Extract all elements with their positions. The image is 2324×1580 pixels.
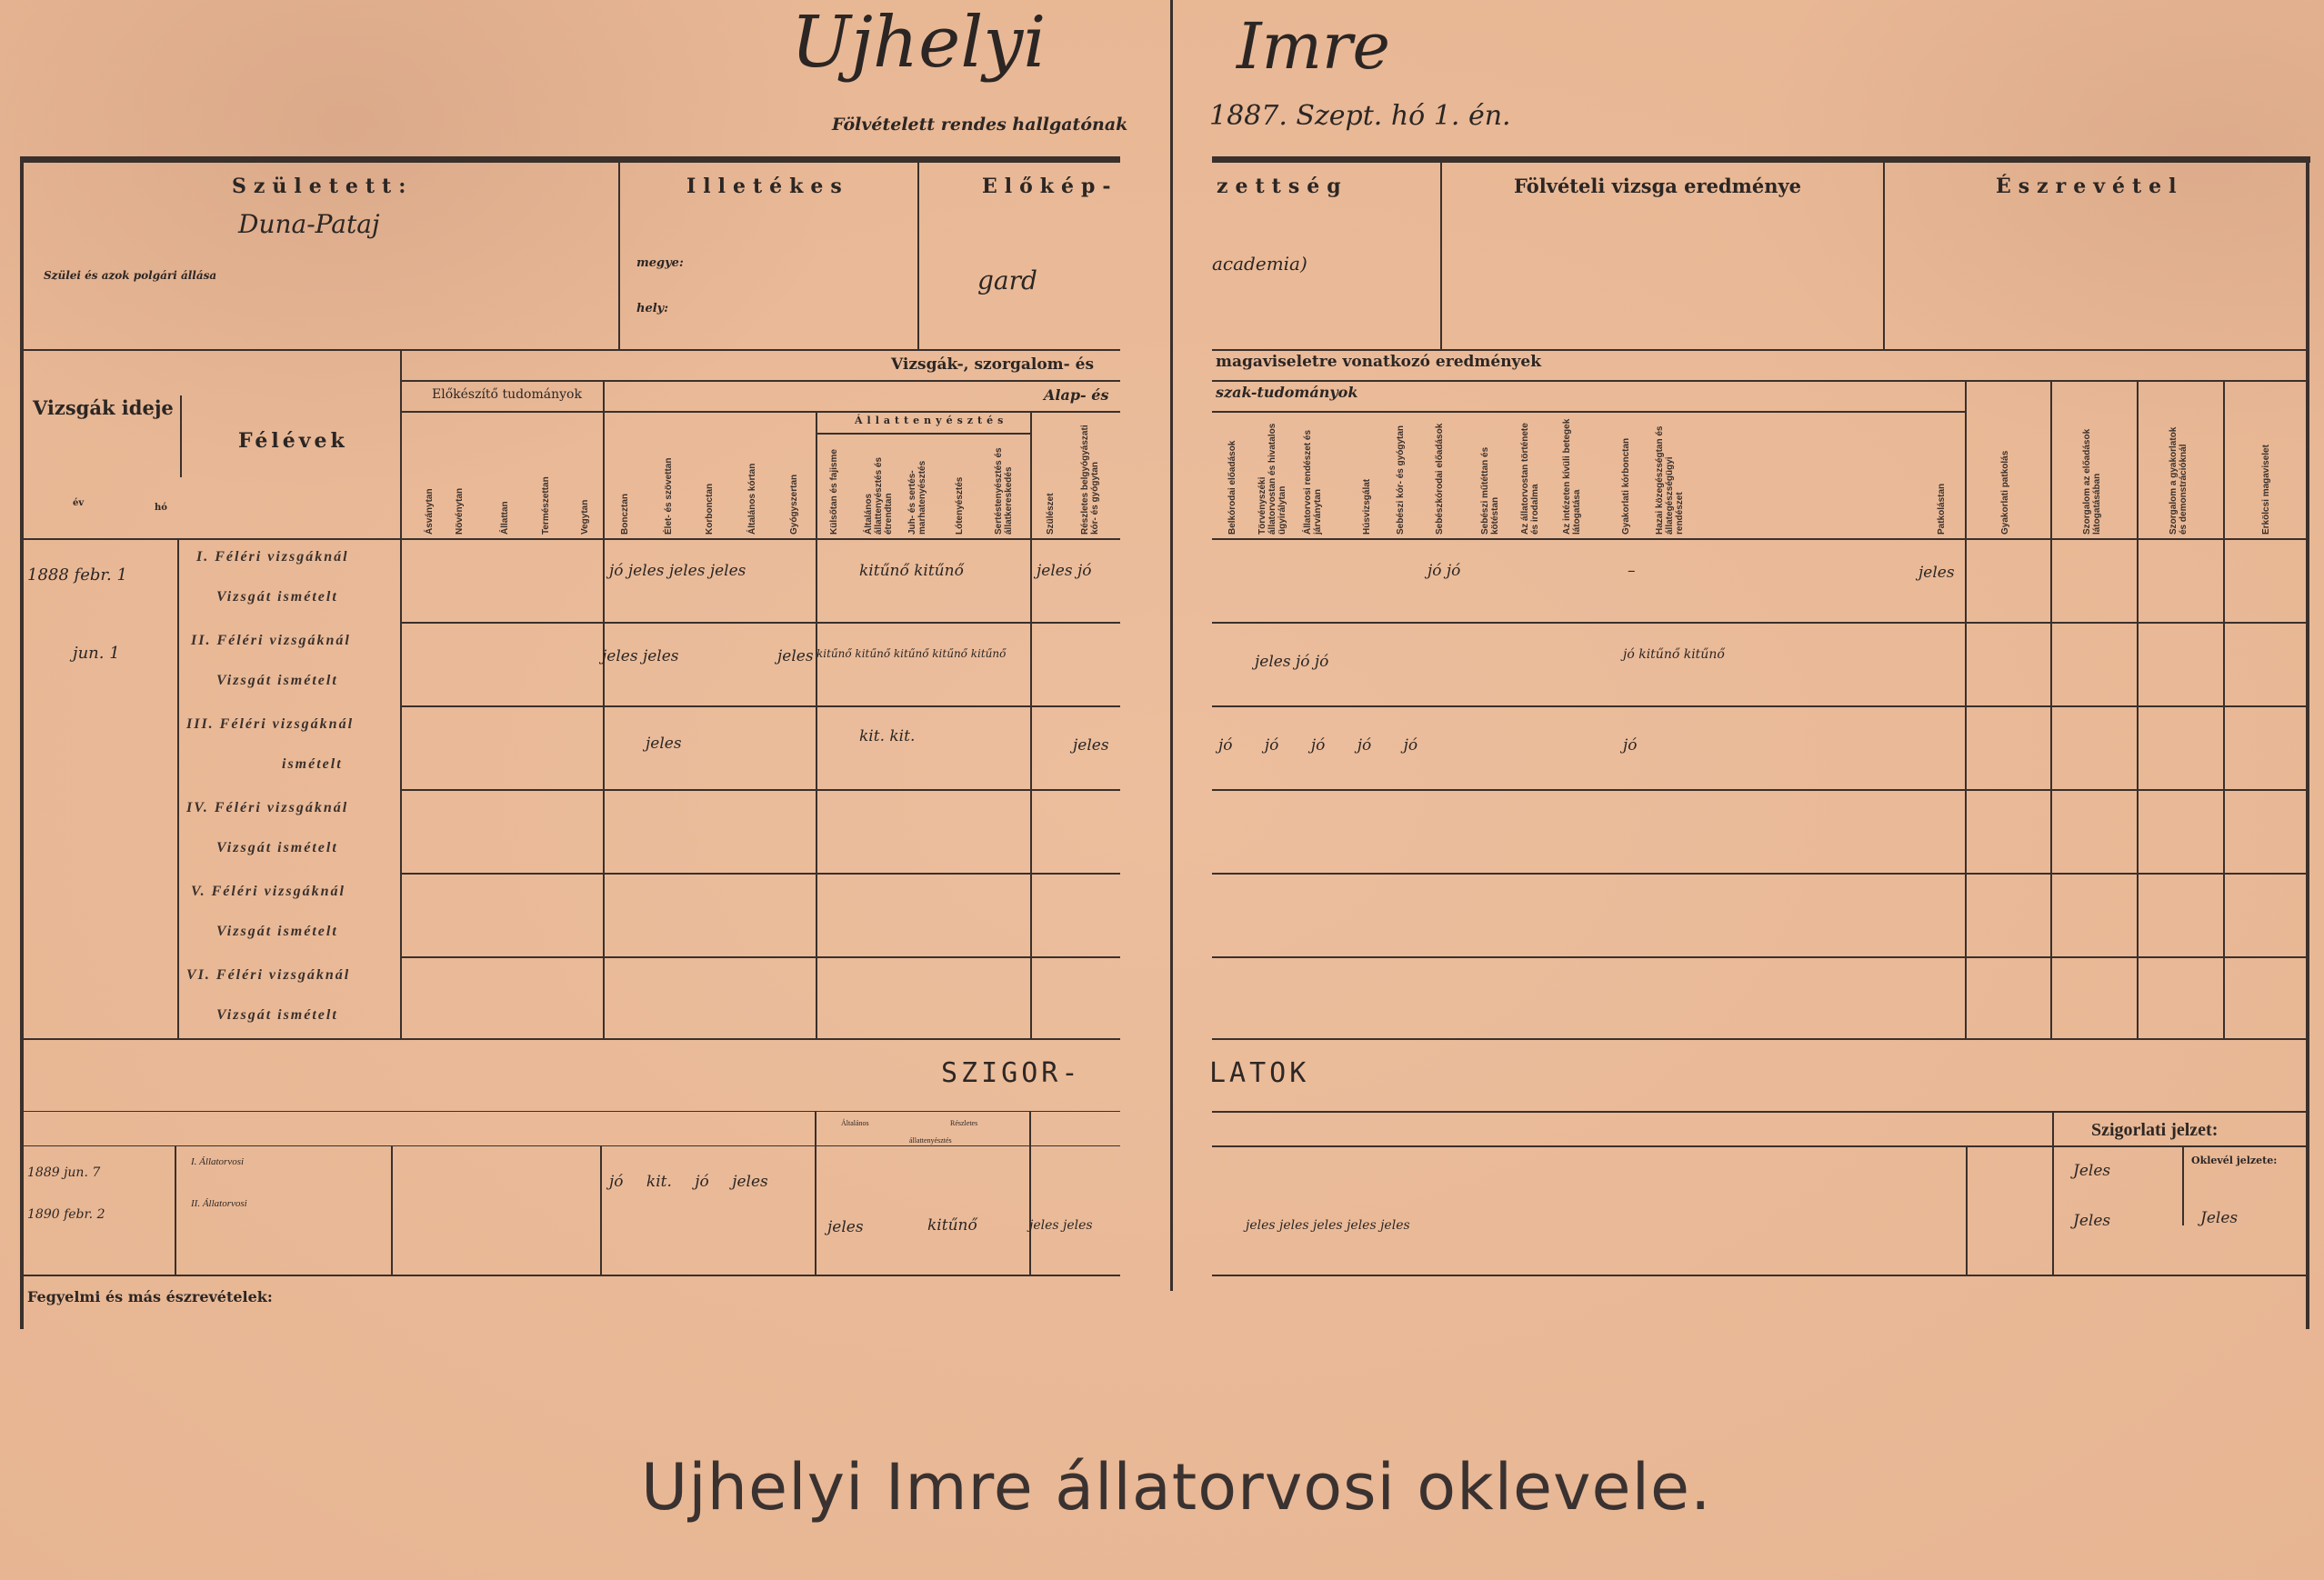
grade-cell: kitűnő kitűnő: [859, 562, 964, 580]
col-header-prep: Vegytan: [580, 455, 590, 535]
semester-label: VI. Féléri vizsgáknál: [186, 967, 350, 984]
given-name-handwritten: Imre: [1237, 9, 1390, 84]
semester-label: I. Féléri vizsgáknál: [196, 549, 349, 565]
col-header-core-right: Patkolástan: [1937, 455, 1947, 535]
repeat-label: ismételt: [282, 756, 343, 773]
rig-col: [1966, 1145, 1968, 1275]
page-divider: [1170, 0, 1173, 1291]
col-header-prep: Növénytan: [455, 455, 465, 535]
col-header-extra: Erkölcsi magaviselet: [2261, 427, 2271, 535]
row-rule: [1212, 622, 2308, 624]
row-date: 1888 febr. 1: [27, 565, 127, 585]
col-header-core: Boncztan: [620, 427, 630, 535]
grade-cell: jeles: [777, 647, 814, 665]
rig-grade: jó kit. jó jeles: [609, 1173, 768, 1191]
rig-date: 1890 febr. 2: [27, 1207, 105, 1222]
col-header-core-right: Az állatorvostan története és irodalma: [1520, 414, 1542, 535]
row-rule: [400, 789, 1120, 791]
col-header-extra: Szorgalom az előadások látogatásában: [2082, 418, 2104, 535]
semester-label: V. Féléri vizsgáknál: [191, 884, 346, 900]
grade-cell: jeles: [1073, 736, 1109, 755]
repeat-label: Vizsgát ismételt: [216, 1007, 338, 1024]
divider-prior-ed: [1440, 156, 1442, 350]
row-rule: [1212, 873, 2308, 875]
col-header-prep: Természettan: [541, 455, 551, 535]
prep-group-label: Előkészítő tudományok: [432, 387, 582, 402]
rule-453-r: [1212, 411, 1965, 413]
banner-right: magaviseletre vonatkozó eredmények: [1216, 353, 1541, 371]
rigorosum-mark-label: Szigorlati jelzet:: [2091, 1120, 2218, 1141]
col-header-core-right: Törvényszéki állatorvostan és hivatalos …: [1257, 418, 1288, 535]
rig-grade: jeles jeles: [1029, 1218, 1093, 1233]
grade-cell: kitűnő kitűnő kitűnő kitűnő kitűnő: [816, 647, 1006, 660]
row-rule: [1212, 705, 2308, 707]
rigorosa-title-left: SZIGOR-: [941, 1057, 1081, 1089]
col-vizsga-sub: [180, 395, 182, 477]
rig-col: [815, 1111, 816, 1275]
grade-cell: jeles jó jó: [1255, 653, 1328, 671]
prior-ed-value-right: academia): [1212, 253, 1307, 275]
prior-ed-label-left: Előkép-: [982, 175, 1118, 198]
rig-mark: Jeles: [2073, 1212, 2110, 1230]
rig-grade: jeles: [827, 1218, 864, 1236]
grade-cell: kit. kit.: [859, 727, 915, 745]
divider-born: [618, 156, 620, 350]
rig-col: [1029, 1111, 1031, 1275]
grade-cell: jeles: [1918, 564, 1955, 582]
exam-time-year: év: [73, 498, 84, 508]
enrollment-date: 1887. Szept. hó 1. én.: [1209, 100, 1511, 132]
repeat-label: Vizsgát ismételt: [216, 840, 338, 856]
row-rule: [400, 956, 1120, 958]
row-rule: [1212, 1038, 2308, 1040]
col-header-breeding: Lótenyésztés: [955, 441, 965, 535]
col-header-core-right: Belkórodai előadások: [1227, 418, 1237, 535]
rig-rule-2r: [1212, 1145, 2308, 1147]
col-header-core-right: Az intézeten kívüli betegek látogatása: [1562, 414, 1584, 535]
surname-handwritten: Ujhelyi: [791, 2, 1046, 84]
semesters-label: Félévek: [238, 429, 348, 453]
rule-420: [400, 380, 1120, 382]
col-felevek: [177, 538, 179, 1038]
col-header-core-right: Sebészi műtéttan és kötéstan: [1480, 414, 1502, 535]
rig-col: [175, 1145, 176, 1275]
col-header-core-mid: Részletes belgyógyászati kór- és gyógyta…: [1080, 416, 1102, 535]
grade-cell: jó jó jó jó jó: [1218, 736, 1417, 755]
col-header-core: Élet- és szövettan: [664, 427, 674, 535]
col-header-core: Korbonctan: [705, 427, 715, 535]
rig-col: [600, 1145, 602, 1275]
exam-time-label: Vizsgák ideje: [33, 396, 174, 419]
col-header-core-right: Húsvizsgálat: [1362, 418, 1372, 535]
rig-col: [2052, 1111, 2054, 1275]
rig-grade: kitűnő: [927, 1216, 977, 1235]
top-rule-right: [1212, 156, 2310, 163]
grade-cell: jó kitűnő kitűnő: [1623, 647, 1725, 662]
prior-ed-value-left: gard: [977, 265, 1037, 295]
col-core-a-end: [816, 411, 817, 1038]
col-header-core-right: Sebészi kór- és gyógytan: [1396, 418, 1417, 535]
grade-cell: jeles jeles: [602, 647, 679, 665]
discipline-label: Fegyelmi és más észrevételek:: [27, 1288, 273, 1305]
repeat-label: Vizsgát ismételt: [216, 673, 338, 689]
col-ex3: [2223, 380, 2225, 1038]
row-rule: [400, 873, 1120, 875]
grade-cell: jó: [1623, 736, 1638, 755]
col-header-prep: Ásványtan: [425, 455, 435, 535]
row-rule: [1212, 789, 2308, 791]
divider-jurisdiction: [917, 156, 919, 350]
col-header-prep: Állattan: [500, 455, 510, 535]
col-prep-end: [603, 380, 605, 1038]
rig-subheader: Általános: [841, 1119, 869, 1127]
row-date: jun. 1: [73, 644, 120, 663]
grade-cell: jó jeles jeles jeles: [609, 562, 746, 580]
rigorosa-title-right: LATOK: [1209, 1057, 1309, 1089]
col-header-breeding: Külsőtan és fajisme: [829, 441, 851, 535]
rig-subheader: állattenyésztés: [909, 1136, 952, 1145]
semester-label: III. Féléri vizsgáknál: [186, 716, 354, 733]
core-group-right: szak-tudományok: [1216, 384, 1357, 401]
grade-cell: jó jó: [1427, 562, 1460, 580]
bottom-caption: Ujhelyi Imre állatorvosi oklevele.: [641, 1450, 1711, 1525]
semester-label: II. Féléri vizsgáknál: [191, 633, 351, 649]
banner-left: Vizsgák-, szorgalom- és: [891, 355, 1094, 374]
col-ex2: [2137, 380, 2139, 1038]
col-header-core: Gyógyszertan: [789, 427, 799, 535]
core-group-left: Alap- és: [1044, 386, 1108, 404]
col-header-core-right: Sebészkórodai előadások: [1435, 418, 1457, 535]
col-header-extra: Gyakorlati patkolás: [2000, 427, 2010, 535]
grade-cell: jeles: [646, 735, 682, 753]
place-label: hely:: [636, 302, 668, 315]
born-value: Duna-Pataj: [238, 209, 380, 239]
row-rule: [1212, 956, 2308, 958]
rig-rule-1r: [1212, 1111, 2308, 1113]
diploma-mark-label: Oklevél jelzete:: [2191, 1155, 2277, 1166]
rig-rule-1: [22, 1111, 1120, 1112]
repeat-label: Vizsgát ismételt: [216, 924, 338, 940]
repeat-label: Vizsgát ismételt: [216, 589, 338, 605]
col-header-breeding: Sertéstenyésztés és állatkereskedés: [994, 441, 1016, 535]
diploma-mark: Jeles: [2200, 1209, 2238, 1227]
semester-label: IV. Féléri vizsgáknál: [186, 800, 348, 816]
exam-time-month: hó: [155, 503, 167, 513]
col-header-breeding: Juh- és sertés-marhatenyésztés: [907, 441, 929, 535]
row-rule: [22, 1038, 1120, 1040]
col-header-extra: Szorgalom a gyakorlatok és demonstrációk…: [2169, 418, 2190, 535]
col-felevek-end: [400, 349, 402, 1038]
rig-col: [2182, 1145, 2184, 1225]
rig-label: II. Állatorvosi: [191, 1198, 247, 1209]
col-header-core-right: Állatorvosi rendészet és járványtan: [1303, 418, 1325, 535]
col-header-core-right: Gyakorlati kórbonctan: [1621, 414, 1631, 535]
grade-cell: –: [1628, 562, 1636, 580]
left-border: [20, 156, 24, 1329]
rig-rule-3: [22, 1275, 1120, 1276]
breeding-group-rule: [816, 433, 1030, 435]
rule-453: [400, 411, 1120, 413]
col-header-breeding: Általános állattenyésztés és étrendtan: [864, 441, 895, 535]
rig-label: I. Állatorvosi: [191, 1156, 244, 1167]
divider-entrance: [1883, 156, 1885, 350]
rule-385: [22, 349, 1120, 351]
col-breeding-end: [1030, 411, 1032, 1038]
rig-date: 1889 jun. 7: [27, 1165, 100, 1180]
rig-rule-2: [22, 1145, 1120, 1146]
rule-420-r: [1212, 380, 2308, 382]
remarks-label: Észrevétel: [1996, 175, 2184, 198]
prior-ed-label-right: zettség: [1217, 175, 1348, 198]
parents-label: Szülei és azok polgári állása: [44, 269, 216, 282]
rig-subheader: Részletes: [950, 1119, 977, 1127]
entrance-exam-label: Fölvételi vizsga eredménye: [1514, 175, 1801, 197]
row-rule: [400, 622, 1120, 624]
rule-385-r: [1212, 349, 2308, 351]
top-rule-left: [22, 156, 1120, 163]
col-header-core-right: Hazai közegészségtan és állategészségügy…: [1655, 414, 1686, 535]
rig-grade: jeles jeles jeles jeles jeles: [1246, 1218, 1410, 1233]
rig-mark: Jeles: [2073, 1162, 2110, 1180]
county-label: megye:: [636, 256, 684, 270]
born-label: Született:: [232, 175, 413, 198]
col-szak-end: [1965, 380, 1967, 1038]
row-rule: [400, 705, 1120, 707]
grade-cell: jeles jó: [1037, 562, 1091, 580]
col-header-core-mid: Szülészet: [1046, 427, 1056, 535]
rule-592: [22, 538, 1120, 540]
form-title: Fölvételett rendes hallgatónak: [832, 115, 1127, 135]
col-ex1: [2050, 380, 2052, 1038]
rule-592-r: [1212, 538, 2308, 540]
col-header-core: Általános kórtan: [747, 427, 757, 535]
jurisdiction-label: Illetékes: [686, 175, 849, 198]
animal-breeding-group: Állattenyésztés: [855, 415, 1007, 426]
right-border: [2306, 156, 2309, 1329]
rig-rule-3r: [1212, 1275, 2308, 1276]
rig-col: [391, 1145, 393, 1275]
